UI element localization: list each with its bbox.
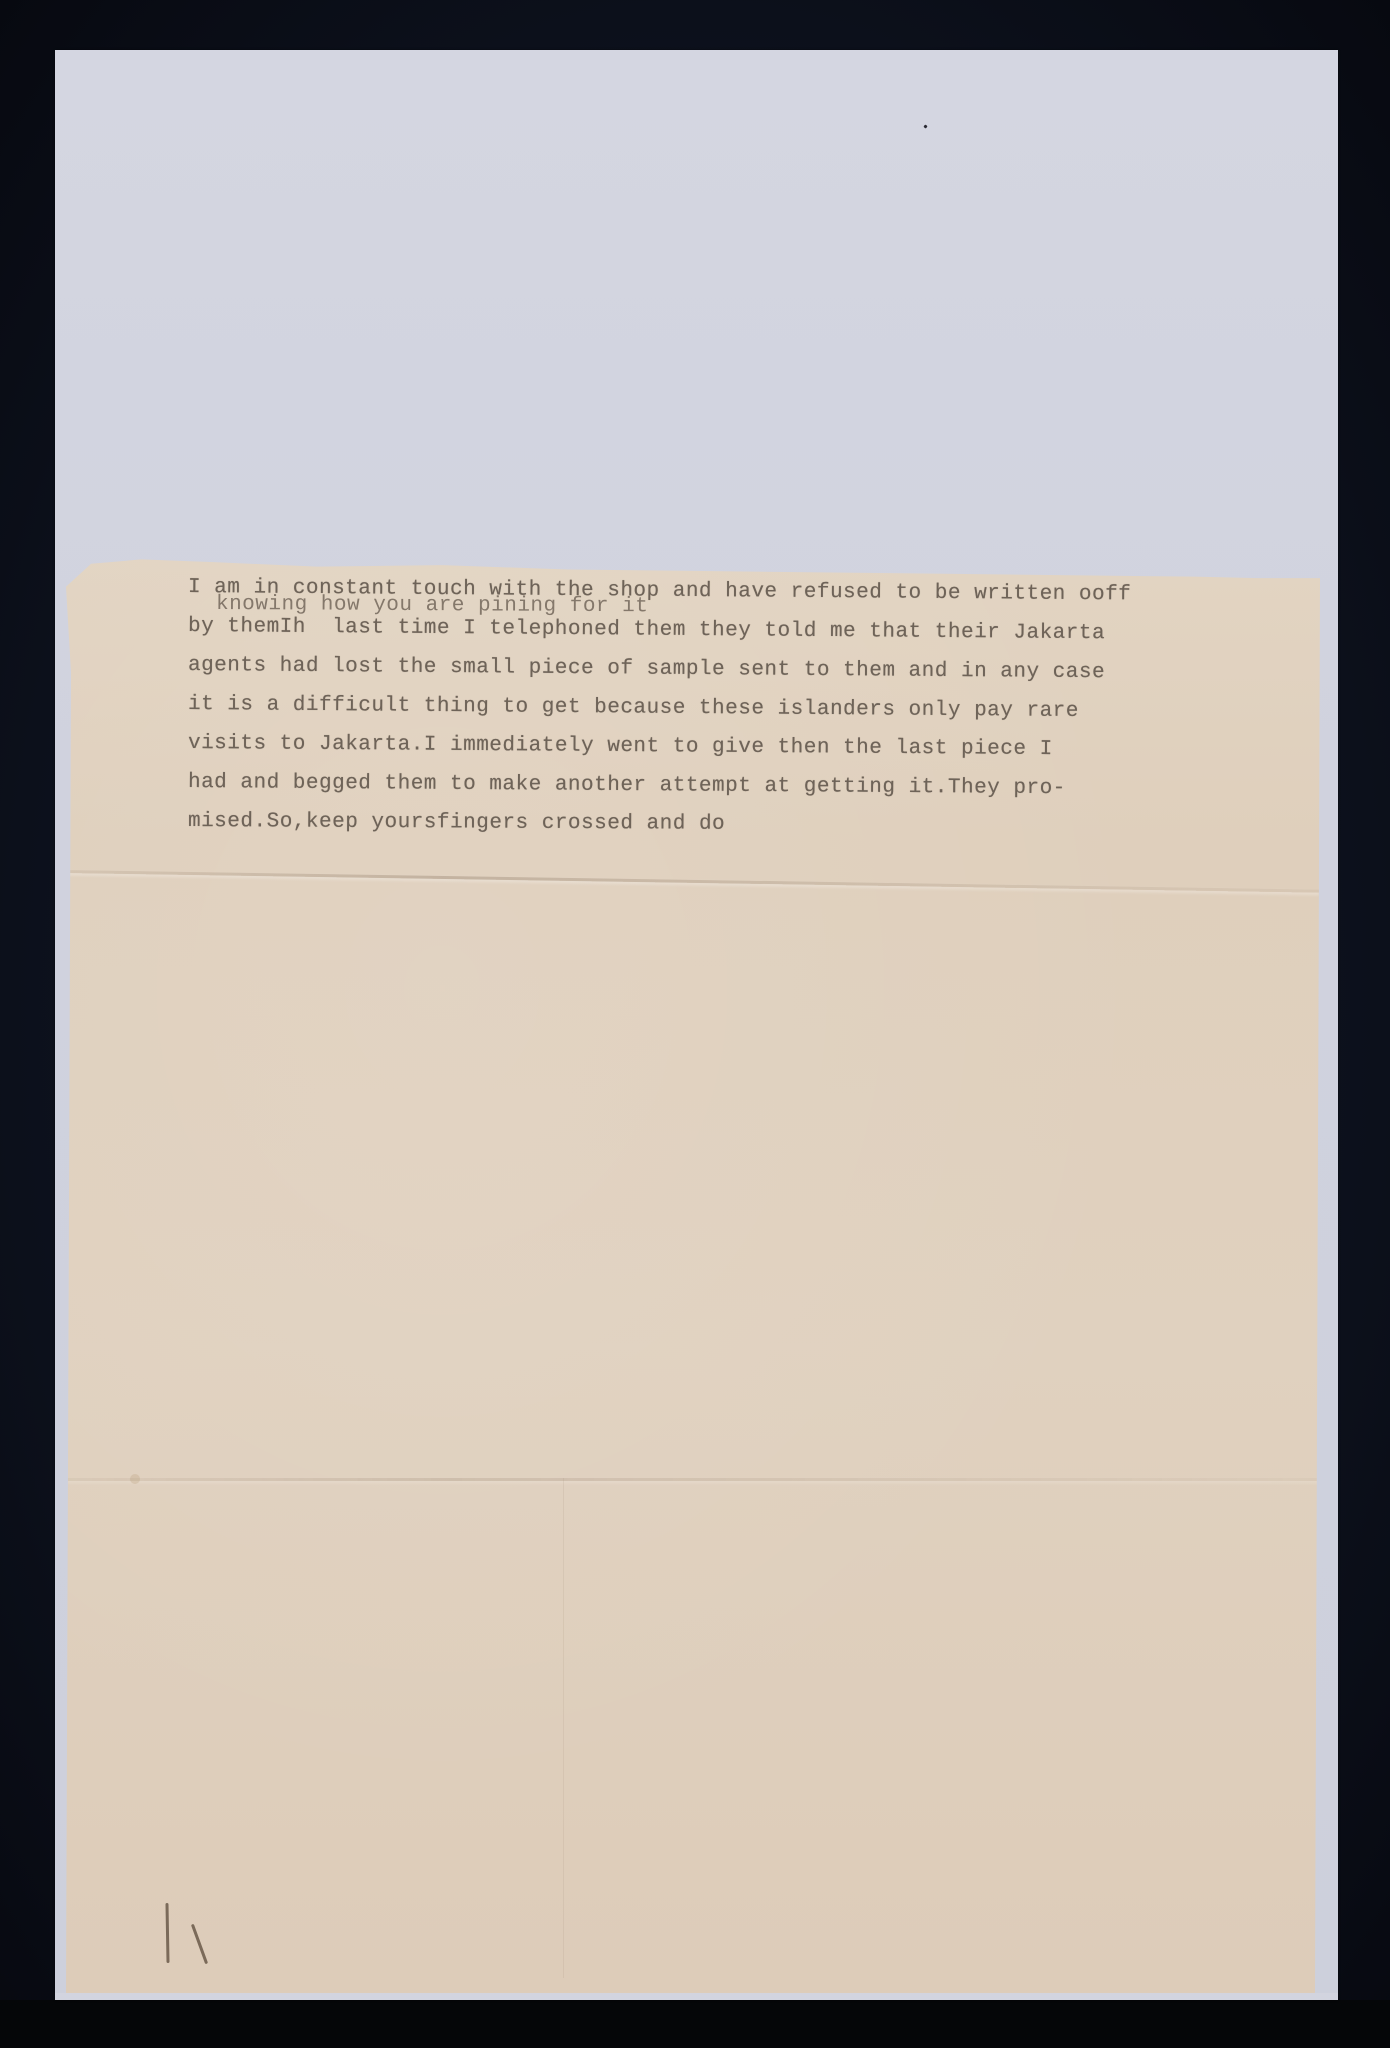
interlinear-insertion: knowing how you are pining for it	[216, 593, 648, 618]
paper-stain	[130, 1474, 140, 1484]
scan-bottom-edge	[0, 2000, 1390, 2048]
text-line-7: mised.So,keep yoursfingers crossed and d…	[188, 802, 1288, 847]
dust-speck	[923, 124, 927, 128]
pencil-mark-icon	[165, 1903, 169, 1963]
mount-sheet-bottom-edge	[55, 1993, 1338, 2000]
paper-fold-crease	[66, 870, 1320, 893]
paper-vertical-crease	[563, 1478, 564, 1978]
paper-fold-crease-lower	[66, 1478, 1320, 1481]
letter-paper: · · · · . · · I am in constant touch wit…	[66, 558, 1320, 1993]
pencil-mark-icon	[191, 1924, 208, 1964]
